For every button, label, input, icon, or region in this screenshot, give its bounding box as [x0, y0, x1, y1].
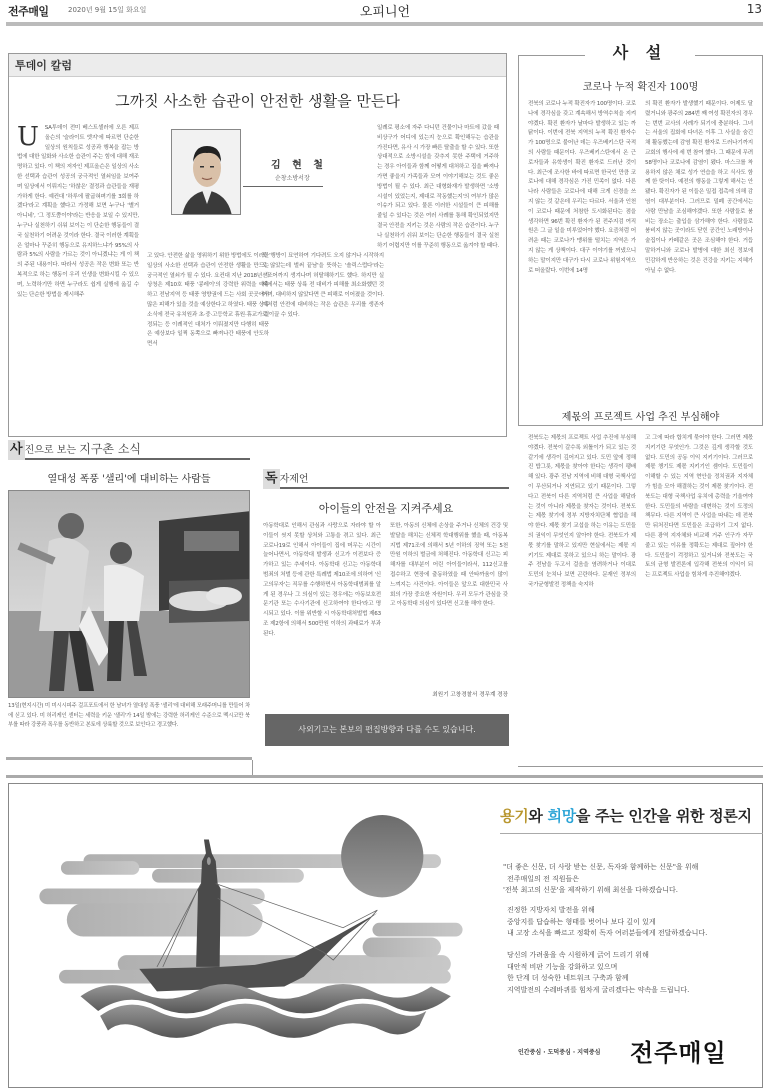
section-cap: 사 [8, 440, 25, 460]
column-text-3: 도 '행방이 묘연하여 기다려도 오지 않거나 시작하지도 않았는데 벌써 끝남… [262, 252, 384, 434]
letter-signature: 최원기 고창경찰서 경무계 경장 [390, 690, 508, 698]
divider [252, 760, 253, 775]
letter-text-2: 또한, 아동의 신체에 손상을 주거나 신체의 건강 및 발달을 해치는 신체적… [390, 522, 508, 686]
promo-logo[interactable]: 전주매일 [630, 1033, 727, 1068]
promo-divider [490, 783, 491, 1088]
promo-paragraph-2: 진정한 지방자치 발전을 위해 중앙지를 답습하는 형태를 벗어나 보다 깊이 … [507, 905, 767, 940]
promo-paragraph-1: "더 좋은 신문, 더 사랑 받는 신문, 독자와 함께하는 신문"을 위해 전… [503, 862, 763, 897]
editorial-title-1[interactable]: 코로나 누적 확진자 100명 [518, 78, 763, 93]
courage-word: 용기 [500, 807, 528, 825]
promo-illustration [10, 790, 490, 1085]
section-rule [6, 757, 252, 760]
editorial2-text-2: 고 그에 따라 합치게 묶어야 한다. 그러면 제몫 지키기란 무엇인가. 그것… [645, 434, 753, 752]
promo-slogan: 인간중심 · 도덕중심 · 지역중심 [518, 1047, 600, 1056]
today-column: 투데이 칼럼 그까짓 사소한 습관이 안전한 생활을 만든다 U SA투데이 전… [8, 53, 507, 437]
news-photo [8, 490, 250, 698]
photo-news-header: 사진으로 보는 지구촌 소식 [8, 438, 250, 460]
author-name: 김 현 철 [271, 156, 327, 171]
editorial-bottom [518, 766, 763, 767]
editorial1-text-1: 전북의 코로나 누적 확진자가 100명이다. 코로나에 경각심을 갖고 계속해… [528, 100, 636, 392]
column-title[interactable]: 그까짓 사소한 습관이 안전한 생활을 만든다 [9, 90, 506, 111]
section-rule [6, 775, 763, 778]
author-photo [171, 129, 241, 215]
editorial1-text-2: 의 확진 환자가 발생했기 때문이다. 어제도 달렸거니와 광주의 284번 째… [645, 100, 753, 392]
author-role: 순창소방서장 [275, 173, 310, 182]
reader-letter-header: 독자제언 [263, 467, 509, 489]
sandbag-photo-icon [9, 491, 250, 698]
header-rule [6, 22, 763, 26]
page-number: 13 [747, 2, 762, 16]
masthead: 오피니언 전주매일 2020년 9월 15일 화요일 13 [8, 0, 762, 22]
section-cap: 독 [263, 469, 280, 489]
issue-date: 2020년 9월 15일 화요일 [68, 5, 146, 15]
newspaper-logo[interactable]: 전주매일 [8, 3, 49, 19]
editorial2-text-1: 전북도는 제몫의 프로젝트 사업 추진에 부심해야겠다. 전북이 갈수록 외톨이… [528, 434, 636, 752]
photo-news-title[interactable]: 열대성 폭풍 '샐리'에 대비하는 사람들 [8, 470, 250, 485]
photo-caption: 13일(현지시간) 미 미시시피주 걸프포트에서 한 남녀가 열대성 폭풍 '샐… [8, 702, 250, 742]
disclaimer-notice: 사외기고는 본보의 편집방향과 다를 수도 있습니다. [265, 714, 509, 746]
hope-word: 희망 [548, 807, 576, 825]
column-text-2: 고 있다. 안전한 삶을 영위하기 위한 방법에도 이러한 일상의 사소한 선택… [147, 252, 269, 434]
promo-title: 용기와 희망을 주는 인간을 위한 정론지 [500, 805, 752, 826]
editorial-label: 사 설 [585, 40, 695, 63]
reader-letter-title[interactable]: 아이들의 안전을 지켜주세요 [263, 500, 509, 516]
editorial-title-2[interactable]: 제몫의 프로젝트 사업 추진 부심해야 [518, 408, 763, 423]
author-rule [243, 186, 323, 187]
column-text-1: U SA투데이 전미 베스트셀러에 오른 제프올슨의 '슬라이트 엣지'에 따르… [17, 124, 139, 434]
column-text-4: 일례로 평소에 자주 다니던 건물이나 마트에 갔을 때 비상구가 어디에 있는… [377, 124, 499, 434]
column-label: 투데이 칼럼 [9, 54, 506, 77]
promo-rule [500, 833, 763, 834]
portrait-icon [172, 130, 241, 215]
pen-ship-illustration-icon [10, 790, 490, 1085]
dropcap: U [17, 126, 39, 148]
letter-text-1: 아동학대로 인해서 관심과 사랑으로 자라야 할 아이들이 씻지 못할 상처와 … [263, 522, 381, 700]
promo-paragraph-3: 당신의 가려움을 속 시원하게 긁어 드리기 위해 대안적 비판 기능을 강화하… [507, 950, 767, 996]
